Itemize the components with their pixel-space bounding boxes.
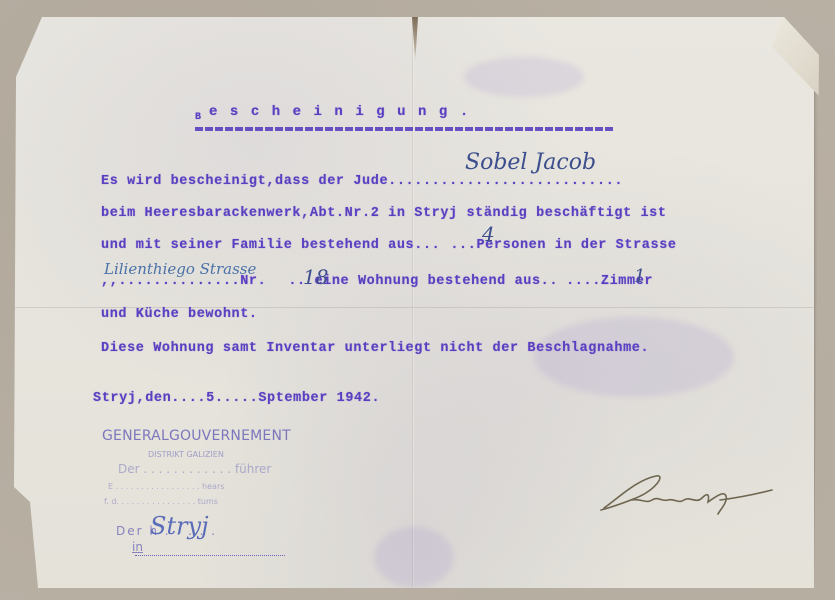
stamp-line3: Der . . . . . . . . . . . . führer — [118, 462, 271, 476]
stamp-distrikt: DISTRIKT GALIZIEN — [148, 450, 224, 459]
ink-bleed — [464, 57, 584, 97]
handwritten-rooms: 1 — [634, 266, 645, 287]
line-kitchen: und Küche bewohnt. — [101, 307, 258, 322]
date-line: Stryj,den....5.....Sptember 1942. — [93, 391, 380, 406]
stamp-in-label: in — [132, 540, 143, 554]
ink-bleed — [534, 317, 734, 397]
handwritten-persons: 4 — [482, 222, 495, 246]
line-family: und mit seiner Familie bestehend aus....… — [101, 238, 677, 253]
line1-text: Es wird bescheinigt,dass der Jude — [101, 174, 388, 189]
ink-bleed — [374, 527, 454, 587]
heading-initial: B — [195, 112, 209, 123]
signature-icon — [596, 470, 776, 520]
document-heading: Bescheinigung. — [195, 104, 481, 123]
handwritten-stamp-place: Stryj — [150, 512, 209, 540]
line-employment: beim Heeresbarackenwerk,Abt.Nr.2 in Stry… — [101, 206, 667, 221]
vertical-fold — [412, 17, 414, 588]
handwritten-house-number: 18 — [303, 265, 328, 289]
line-confiscation: Diese Wohnung samt Inventar unterliegt n… — [101, 341, 649, 356]
line1-dots: ........................... — [388, 174, 623, 189]
line4-text-b: .. eine Wohnung bestehend aus.. — [288, 274, 558, 289]
line3-text-a: und mit seiner Familie bestehend aus... — [101, 238, 440, 253]
stamp-place-line — [135, 555, 285, 557]
signature: Lewandowski — [596, 470, 776, 525]
handwritten-street: Lilienthiego Strasse — [104, 260, 256, 278]
stamp-line5: f. d. . . . . . . . . . . . . . . . tums — [104, 497, 218, 506]
stamp-generalgouvernement: GENERALGOUVERNEMENT — [102, 428, 291, 444]
line-certification: Es wird bescheinigt,dass der Jude.......… — [101, 174, 623, 189]
heading-text: escheinigung. — [209, 104, 481, 120]
stamp-line4: E . . . . . . . . . . . . . . . . . hear… — [108, 482, 224, 491]
handwritten-name: Sobel Jacob — [465, 150, 596, 175]
heading-underline — [195, 127, 615, 131]
